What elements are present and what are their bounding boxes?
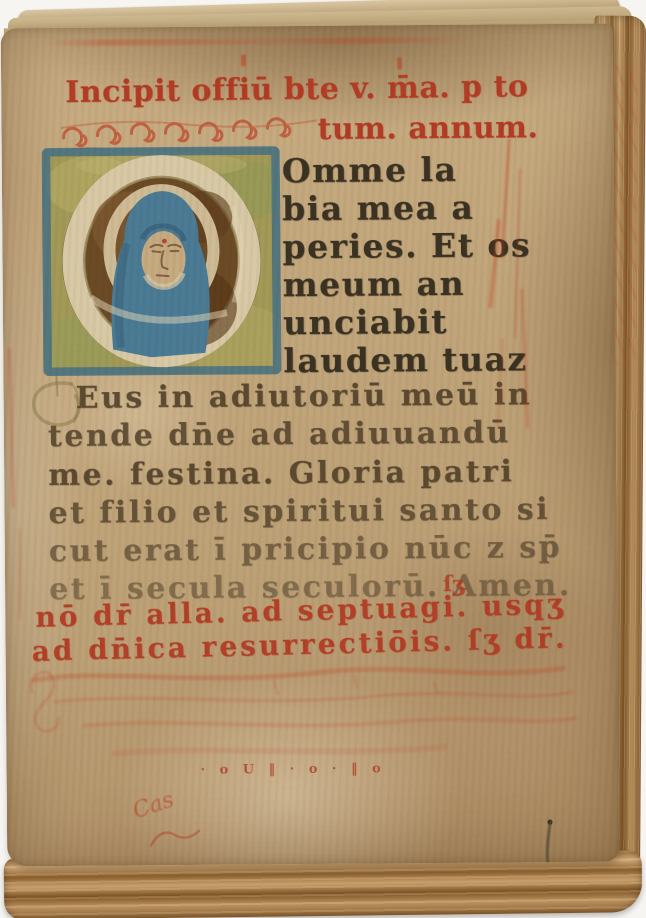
virgin-mary-miniature [109, 190, 214, 358]
ink-drip-mark [541, 818, 562, 866]
red-tick-mark [241, 54, 246, 66]
incipit-rubric-line1: Incipit offiū bte v. m̄a. p to [65, 69, 529, 110]
red-offset-smear [45, 37, 475, 46]
red-tick-mark [397, 57, 402, 69]
deus-prayer-line: et filio et spiritui santo si [48, 491, 604, 534]
gutter-red-streak [8, 348, 15, 508]
deus-prayer-line: cut erat ī pricipio nūc z sp̄ [49, 529, 605, 572]
red-smudge-streaks [486, 138, 545, 458]
small-red-curl [145, 817, 205, 857]
gutter-red-streak [19, 528, 22, 618]
ghost-symbols-row: · o U ‖ · o · ‖ o [200, 761, 385, 777]
photo-background: Incipit offiū bte v. m̄a. p to tum. annu… [0, 0, 646, 918]
historiated-initial-d [42, 146, 282, 376]
deus-prayer-line: me. festina. Gloria patri [48, 452, 604, 495]
manuscript-page: Incipit offiū bte v. m̄a. p to tum. annu… [1, 24, 620, 867]
